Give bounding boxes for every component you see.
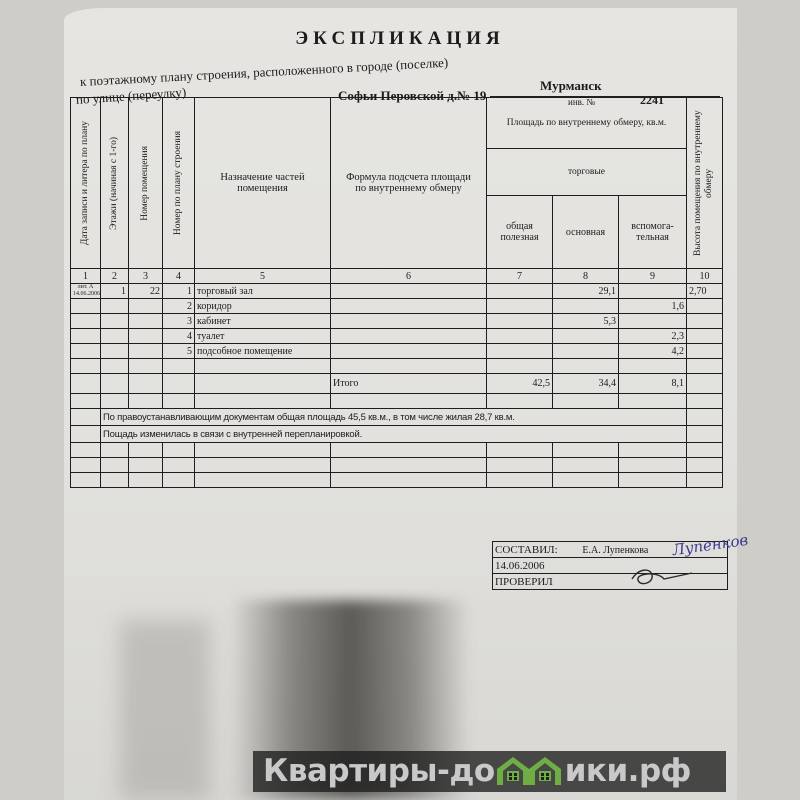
header-plan-number: Номер по плану строения [163,98,195,269]
column-number: 3 [129,269,163,284]
table-row-empty [71,458,723,473]
document-title: ЭКСПЛИКАЦИЯ [0,28,800,50]
note-row: По правоустанавливающим документам общая… [71,409,723,426]
compiled-label: СОСТАВИЛ: [495,544,558,556]
cell-total [487,329,553,344]
cell-main: 29,1 [553,284,619,299]
watermark-text-before: Квартиры-до [263,753,495,789]
total-aux: 8,1 [619,374,687,394]
cell-plan-no: 2 [163,299,195,314]
cell-total [487,284,553,299]
header-date-litera: Дата записи и литера по плану [71,98,101,269]
total-label: Итого [331,374,487,394]
cell-purpose: кабинет [195,314,331,329]
total-total: 42,5 [487,374,553,394]
header-room-number: Номер помещения [129,98,163,269]
header-main-area: основная [553,196,619,269]
note-row: Пощадь изменилась в связи с внутренней п… [71,426,723,443]
cell-date-litera [71,299,101,314]
cell-main: 5,3 [553,314,619,329]
table-row-empty [71,394,723,409]
column-number: 10 [687,269,723,284]
table-row-empty [71,359,723,374]
explication-table: Дата записи и литера по плану Этажи (нач… [70,97,723,488]
cell-aux: 1,6 [619,299,687,314]
cell-room [129,299,163,314]
cell-room [129,329,163,344]
column-numbers-row: 1 2 3 4 5 6 7 8 9 10 [71,269,723,284]
cell-main [553,344,619,359]
cell-date-litera: лит. А 14.06.2006 [71,284,101,299]
column-number: 2 [101,269,129,284]
cell-formula [331,314,487,329]
houses-icon [495,755,565,785]
table-row-empty [71,473,723,488]
shadow [120,620,210,800]
header-formula: Формула подсчета площади по внутреннему … [331,98,487,269]
column-number: 4 [163,269,195,284]
cell-aux [619,284,687,299]
cell-date-litera [71,329,101,344]
cell-room: 22 [129,284,163,299]
cell-main [553,299,619,314]
cell-purpose: коридор [195,299,331,314]
cell-plan-no: 1 [163,284,195,299]
header-height: Высота помещения по внутреннему обмеру [687,98,723,269]
cell-formula [331,344,487,359]
column-number: 9 [619,269,687,284]
cell-total [487,344,553,359]
note-legal-area: По правоустанавливающим документам общая… [101,409,687,426]
cell-plan-no: 5 [163,344,195,359]
cell-date-litera [71,344,101,359]
cell-room [129,314,163,329]
cell-aux: 2,3 [619,329,687,344]
header-area-group: Площадь по внутреннему обмеру, кв.м. [487,98,687,149]
cell-total [487,314,553,329]
header-aux-area: вспомога-тельная [619,196,687,269]
cell-height [687,299,723,314]
cell-aux: 4,2 [619,344,687,359]
header-floor: Этажи (начиная с 1-го) [101,98,129,269]
cell-date-litera [71,314,101,329]
watermark-logo: Квартиры-до ики.рф [253,751,726,792]
table-row: 5 подсобное помещение 4,2 [71,344,723,359]
cell-main [553,329,619,344]
header-trade-group: торговые [487,148,687,196]
cell-height: 2,70 [687,284,723,299]
table-row-empty [71,443,723,458]
table-row: 2 коридор 1,6 [71,299,723,314]
cell-formula [331,299,487,314]
cell-floor [101,299,129,314]
table-row: 4 туалет 2,3 [71,329,723,344]
cell-height [687,314,723,329]
cell-floor [101,314,129,329]
cell-formula [331,329,487,344]
column-number: 5 [195,269,331,284]
column-number: 6 [331,269,487,284]
header-purpose: Назначение частей помещения [195,98,331,269]
note-area-change: Пощадь изменилась в связи с внутренней п… [101,426,687,443]
cell-floor: 1 [101,284,129,299]
header-total-area: общая полезная [487,196,553,269]
cell-room [129,344,163,359]
city-name: Мурманск [540,78,602,94]
cell-height [687,344,723,359]
column-number: 7 [487,269,553,284]
cell-purpose: торговый зал [195,284,331,299]
cell-purpose: туалет [195,329,331,344]
column-number: 1 [71,269,101,284]
compiled-by: Е.А. Лупенкова [582,545,648,556]
watermark-text-after: ики.рф [565,753,691,789]
table-row: 3 кабинет 5,3 [71,314,723,329]
cell-total [487,299,553,314]
cell-floor [101,344,129,359]
cell-plan-no: 3 [163,314,195,329]
table-row: лит. А 14.06.2006 1 22 1 торговый зал 29… [71,284,723,299]
cell-floor [101,329,129,344]
cell-plan-no: 4 [163,329,195,344]
cell-height [687,329,723,344]
total-row: Итого 42,5 34,4 8,1 [71,374,723,394]
total-main: 34,4 [553,374,619,394]
column-number: 8 [553,269,619,284]
cell-aux [619,314,687,329]
signature-checked-icon [628,565,698,587]
cell-formula [331,284,487,299]
cell-purpose: подсобное помещение [195,344,331,359]
